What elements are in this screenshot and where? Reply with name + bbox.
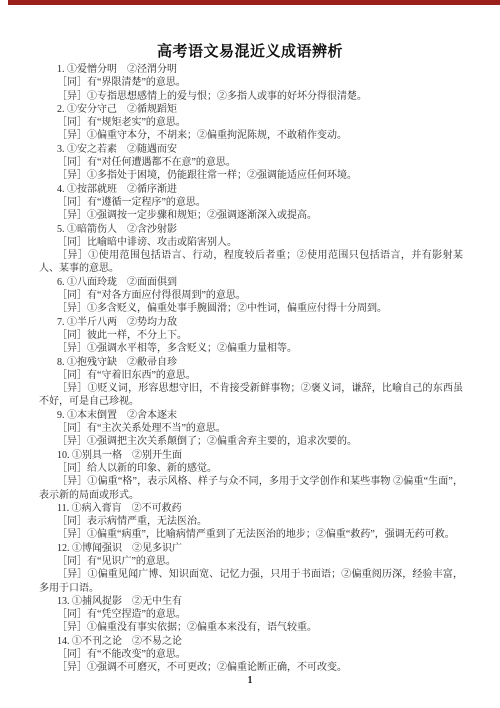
entry-head-line: 9. ①本末倒置 ②舍本逐末 (39, 409, 463, 422)
entry-diff-line: ［异］①专指思想感情上的爱与恨；②多指人或事的好坏分得很清楚。 (39, 90, 463, 103)
entry-same-line: ［同］彼此一样，不分上下。 (39, 329, 463, 342)
entry-diff-line: ［异］①强调水平相等，多含贬义；②偏重力量相等。 (39, 342, 463, 355)
entry-head-line: 10. ①别具一格 ②别开生面 (39, 449, 463, 462)
entry-same-line: ［同］有“见识广”的意思。 (39, 555, 463, 568)
entry-head-line: 3. ①安之若素 ②随遇而安 (39, 143, 463, 156)
entry-diff-line: ［异］①强调把主次关系颠倒了；②偏重舍弃主要的，追求次要的。 (39, 435, 463, 448)
entry-diff-line: ［异］①偏重“格”，表示风格、样子与众不同，多用于文学创作和某些事物 ②偏重“生… (39, 475, 463, 502)
page-number: 1 (0, 675, 500, 686)
entry-diff-line: ［异］①偏重守本分，不胡来；②偏重拘泥陈规，不敢稍作变动。 (39, 129, 463, 142)
entry-same-line: ［同］有“不能改变”的意思。 (39, 648, 463, 661)
entry-same-line: ［同］有“凭空捏造”的意思。 (39, 608, 463, 621)
idiom-list: 1. ①爱憎分明 ②泾渭分明［同］有“界限清楚”的意思。［异］①专指思想感情上的… (39, 63, 463, 675)
page-top-accent-bar (8, 0, 500, 5)
entry-same-line: ［同］有“主次关系处理不当”的意思。 (39, 422, 463, 435)
entry-same-line: ［同］比喻暗中诽谤、攻击或陷害别人。 (39, 236, 463, 249)
page-title: 高考语文易混近义成语辨析 (0, 40, 500, 61)
entry-same-line: ［同］有“对任何遭遇都不在意”的意思。 (39, 156, 463, 169)
entry-diff-line: ［异］①多含贬义，偏重处事手腕圆滑；②中性词，偏重应付得十分周到。 (39, 302, 463, 315)
entry-same-line: ［同］有“界限清楚”的意思。 (39, 76, 463, 89)
entry-head-line: 13. ①捕风捉影 ②无中生有 (39, 595, 463, 608)
entry-diff-line: ［异］①贬义词，形容思想守旧，不肯接受新鲜事物；②褒义词，谦辞，比喻自己的东西虽… (39, 382, 463, 409)
entry-head-line: 8. ①抱残守缺 ②敝帚自珍 (39, 356, 463, 369)
entry-same-line: ［同］给人以新的印象、新的感觉。 (39, 462, 463, 475)
entry-diff-line: ［异］①强调按一定步骤和规矩；②强调逐渐深入或提高。 (39, 209, 463, 222)
entry-diff-line: ［异］①使用范围包括语言、行动，程度较后者重；②使用范围只包括语言，并有影射某人… (39, 249, 463, 276)
entry-diff-line: ［异］①偏重“病重”，比喻病情严重到了无法医治的地步；②偏重“救药”，强调无药可… (39, 528, 463, 541)
entry-same-line: ［同］有“对各方面应付得很周到”的意思。 (39, 289, 463, 302)
entry-same-line: ［同］有“遵循一定程序”的意思。 (39, 196, 463, 209)
entry-head-line: 14. ①不刊之论 ②不易之论 (39, 635, 463, 648)
entry-head-line: 6. ①八面玲珑 ②面面俱到 (39, 276, 463, 289)
entry-head-line: 12. ①博闻强识 ②见多识广 (39, 542, 463, 555)
entry-head-line: 11. ①病入膏肓 ②不可救药 (39, 502, 463, 515)
entry-head-line: 5. ①暗箭伤人 ②含沙射影 (39, 223, 463, 236)
entry-diff-line: ［异］①强调不可磨灭，不可更改；②偏重论断正确，不可改变。 (39, 661, 463, 674)
entry-diff-line: ［异］①偏重没有事实依据；②偏重本来没有，语气较重。 (39, 621, 463, 634)
entry-same-line: ［同］有“守着旧东西”的意思。 (39, 369, 463, 382)
entry-head-line: 1. ①爱憎分明 ②泾渭分明 (39, 63, 463, 76)
entry-diff-line: ［异］①多指处于困境，仍能跟往常一样；②强调能适应任何环境。 (39, 169, 463, 182)
entry-same-line: ［同］有“规矩老实”的意思。 (39, 116, 463, 129)
entry-head-line: 2. ①安分守己 ②循规蹈矩 (39, 103, 463, 116)
entry-head-line: 4. ①按部就班 ②循序渐进 (39, 183, 463, 196)
entry-diff-line: ［异］①偏重见闻广博、知识面宽、记忆力强，只用于书面语；②偏重阅历深，经验丰富，… (39, 568, 463, 595)
entry-head-line: 7. ①半斤八两 ②势均力敌 (39, 316, 463, 329)
entry-same-line: ［同］表示病情严重，无法医治。 (39, 515, 463, 528)
